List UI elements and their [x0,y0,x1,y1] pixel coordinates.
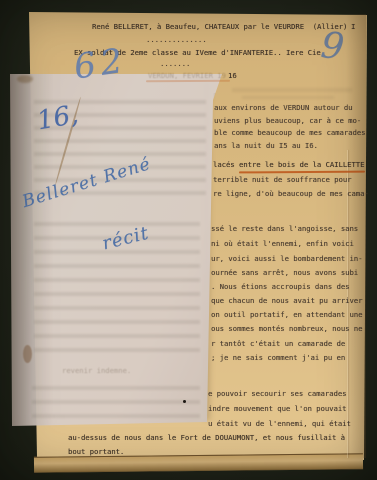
typed-line: ni où était l'ennemi, enfin voici [211,239,354,248]
handwritten-number-62: 62 [71,40,129,87]
typed-line: lacés entre le bois de la CAILLETTE [213,160,364,169]
overlay-tear [23,345,32,363]
page-bottom-fold [34,453,363,472]
typed-line: ous sommes montés nombreux, nous ne [211,324,362,333]
typed-line: ournée sans arrêt, nous avons subi [211,268,358,277]
ink-dot [183,400,186,403]
typed-line: uviens plus beaucoup, car à ce mo- [214,116,361,125]
typed-line: re ligne, d'où beaucoup de mes cama- [213,189,369,198]
typed-line: que chacun de nous avait pu arriver [211,296,362,305]
typed-line: e pouvoir secourir ses camarades [208,389,346,398]
typed-line: ble comme beaucoup de mes camarades [214,128,365,137]
separator-dots: ....... [160,59,190,68]
typed-line: ; je ne sais comment j'ai pu en [211,353,345,362]
typed-line: ur, voici aussi le bombardement in- [211,254,362,263]
bleed-through-mark [242,96,334,99]
typed-line: indre mouvement que l'on pouvait [208,404,346,413]
ghost-lines [32,386,200,424]
overlay-tear [17,75,33,83]
title-fragment-ghost: VERDUN, FEVRIER 19 [148,71,226,80]
typed-line: on outil portatif, en attendant une [211,310,362,319]
bleed-through-mark [232,88,352,92]
typed-line: bout portant. [68,447,124,456]
typed-line: ssé le reste dans l'angoisse, sans [211,224,358,233]
page-right-shadow [346,14,366,458]
typed-line: au-dessus de nous dans le Fort de DOUAUM… [68,433,345,442]
title-fragment: 16 [228,71,237,80]
typed-line: ans la nuit du I5 au I6. [214,141,318,150]
typed-line: u était vu de l'ennemi, qui était [208,419,351,428]
typed-line: r tantôt c'était un camarade de [211,339,345,348]
handwritten-number-9: 9 [319,25,346,68]
typed-line: terrible nuit de souffrance pour [213,175,351,184]
scan-bed: René BELLERET, à Beaufeu, CHATEAUX par l… [0,0,377,480]
page-number: I [351,22,355,31]
typed-line: . Nous étions accroupis dans des [211,282,349,291]
header-line: René BELLERET, à Beaufeu, CHATEAUX par l… [92,22,347,31]
separator-dots: .............. [146,35,207,44]
ghost-typed-line: revenir indemne. [62,366,131,375]
typed-line: aux environs de VERDUN autour du [214,103,352,112]
